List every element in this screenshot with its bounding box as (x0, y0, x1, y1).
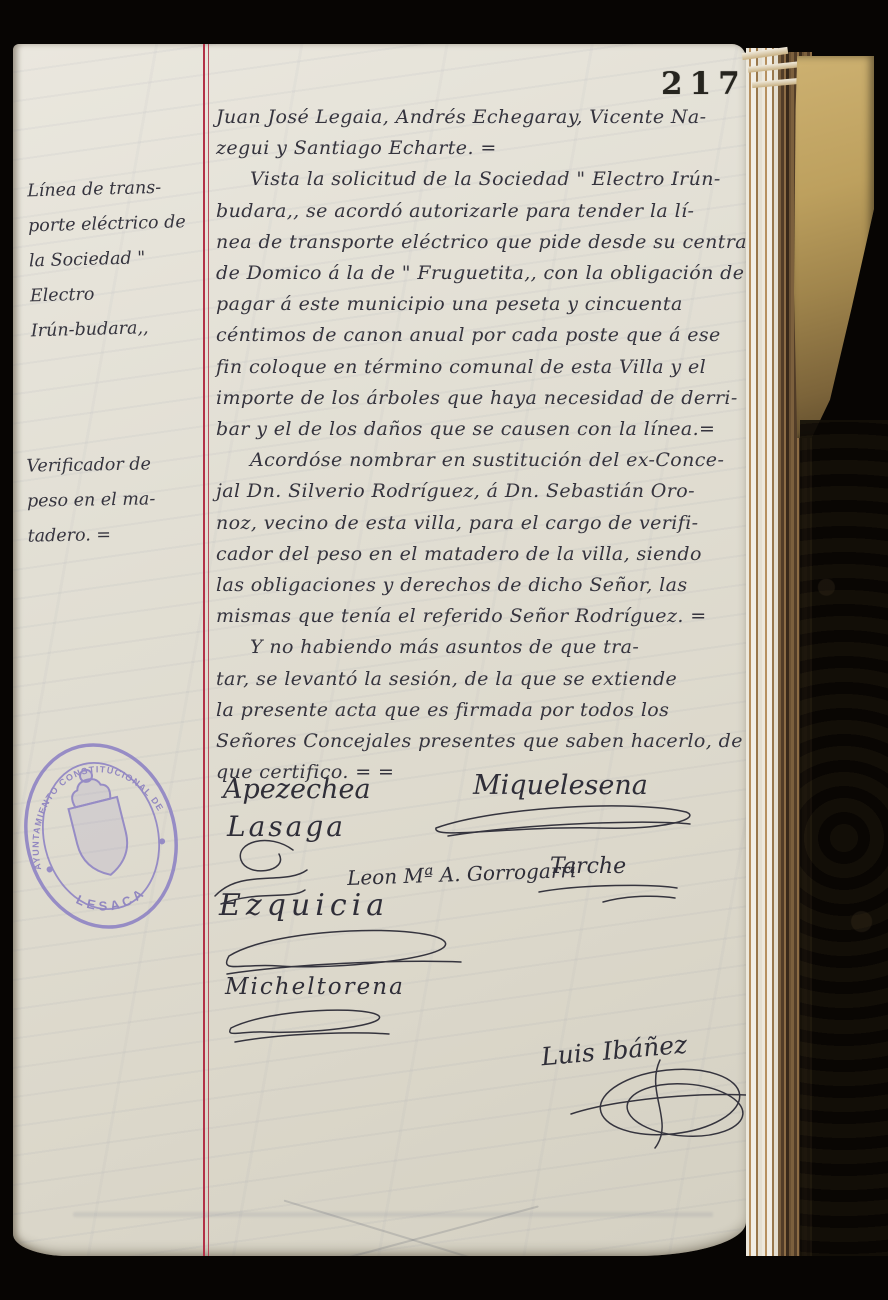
stamp-bottom-text: LESACA (71, 876, 151, 922)
margin-note-line: Irún-budara,, (30, 310, 211, 350)
manuscript-line: cador del peso en el matadero de la vill… (216, 539, 746, 570)
margin-note-weight-verifier: Verificador depeso en el ma-tadero. = (26, 446, 208, 554)
pencil-smudge (73, 1212, 713, 1217)
scanned-book-photo: { "page": { "folio_number": "217", "marg… (0, 0, 888, 1300)
manuscript-line: Señores Concejales presentes que saben h… (216, 726, 746, 757)
signature: Tarche (550, 854, 626, 879)
manuscript-line: tar, se levantó la sesión, de la que se … (216, 664, 746, 695)
manuscript-line: céntimos de canon anual por cada poste q… (216, 320, 746, 351)
manuscript-line: Vista la solicitud de la Sociedad " Elec… (216, 164, 746, 195)
margin-note-line: porte eléctrico de (28, 205, 209, 245)
rubric-flourish (221, 1004, 406, 1052)
manuscript-line: la presente acta que es firmada por todo… (216, 695, 746, 726)
manuscript-line: nea de transporte eléctrico que pide des… (216, 227, 746, 258)
manuscript-body-text: Juan José Legaia, Andrés Echegaray, Vice… (216, 102, 746, 788)
signature: Leon Mª A. Gorrogarri (347, 858, 577, 890)
margin-note-line: Línea de trans- (27, 170, 208, 210)
rubric-flourish (533, 880, 683, 908)
margin-note-line: peso en el ma- (27, 481, 208, 519)
folio-number: 217 (661, 66, 746, 102)
svg-text:LESACA: LESACA (71, 876, 151, 922)
manuscript-line: budara,, se acordó autorizarle para tend… (216, 196, 746, 227)
manuscript-line: Acordóse nombrar en sustitución del ex-C… (216, 445, 746, 476)
margin-note-line: Verificador de (26, 446, 207, 484)
stacked-page-edges (746, 48, 778, 1256)
stamp-coat-of-arms (69, 797, 135, 881)
margin-note-line: la Sociedad " Electro (29, 240, 211, 315)
signature: Lasaga (227, 810, 346, 843)
manuscript-line: noz, vecino de esta villa, para el cargo… (216, 508, 746, 539)
margin-note-electric-line: Línea de trans-porte eléctrico dela Soci… (27, 170, 212, 350)
signature: Luis Ibáñez (540, 1030, 688, 1072)
municipal-oval-stamp: AYUNTAMIENTO CONSTITUCIONAL DE LESACA (13, 721, 204, 951)
margin-note-line: tadero. = (27, 516, 208, 554)
manuscript-line: zegui y Santiago Echarte. = (216, 133, 746, 164)
manuscript-page: 217 Línea de trans-porte eléctrico dela … (13, 44, 746, 1256)
pencil-cross-mark (284, 1200, 543, 1256)
rubric-flourish (565, 1052, 746, 1157)
manuscript-line: mismas que tenía el referido Señor Rodrí… (216, 601, 746, 632)
manuscript-line: Juan José Legaia, Andrés Echegaray, Vice… (216, 102, 746, 133)
manuscript-line: de Domico á la de " Fruguetita,, con la … (216, 258, 746, 289)
black-binding-cover (800, 420, 888, 1256)
manuscript-line: fin coloque en término comunal de esta V… (216, 352, 746, 383)
signature: Ezquicia (219, 888, 389, 923)
rubric-flourish (428, 798, 708, 846)
manuscript-line: Y no habiendo más asuntos de que tra- (216, 632, 746, 663)
manuscript-line: jal Dn. Silverio Rodríguez, á Dn. Sebast… (216, 476, 746, 507)
manuscript-line: importe de los árboles que haya necesida… (216, 383, 746, 414)
leather-binding-patch (794, 56, 874, 438)
manuscript-line: pagar á este municipio una peseta y cinc… (216, 289, 746, 320)
manuscript-line: las obligaciones y derechos de dicho Señ… (216, 570, 746, 601)
manuscript-line: bar y el de los daños que se causen con … (216, 414, 746, 445)
signature: Miquelesena (473, 770, 648, 801)
signature: Apezechea (223, 774, 371, 805)
signature: Micheltorena (225, 974, 405, 1000)
